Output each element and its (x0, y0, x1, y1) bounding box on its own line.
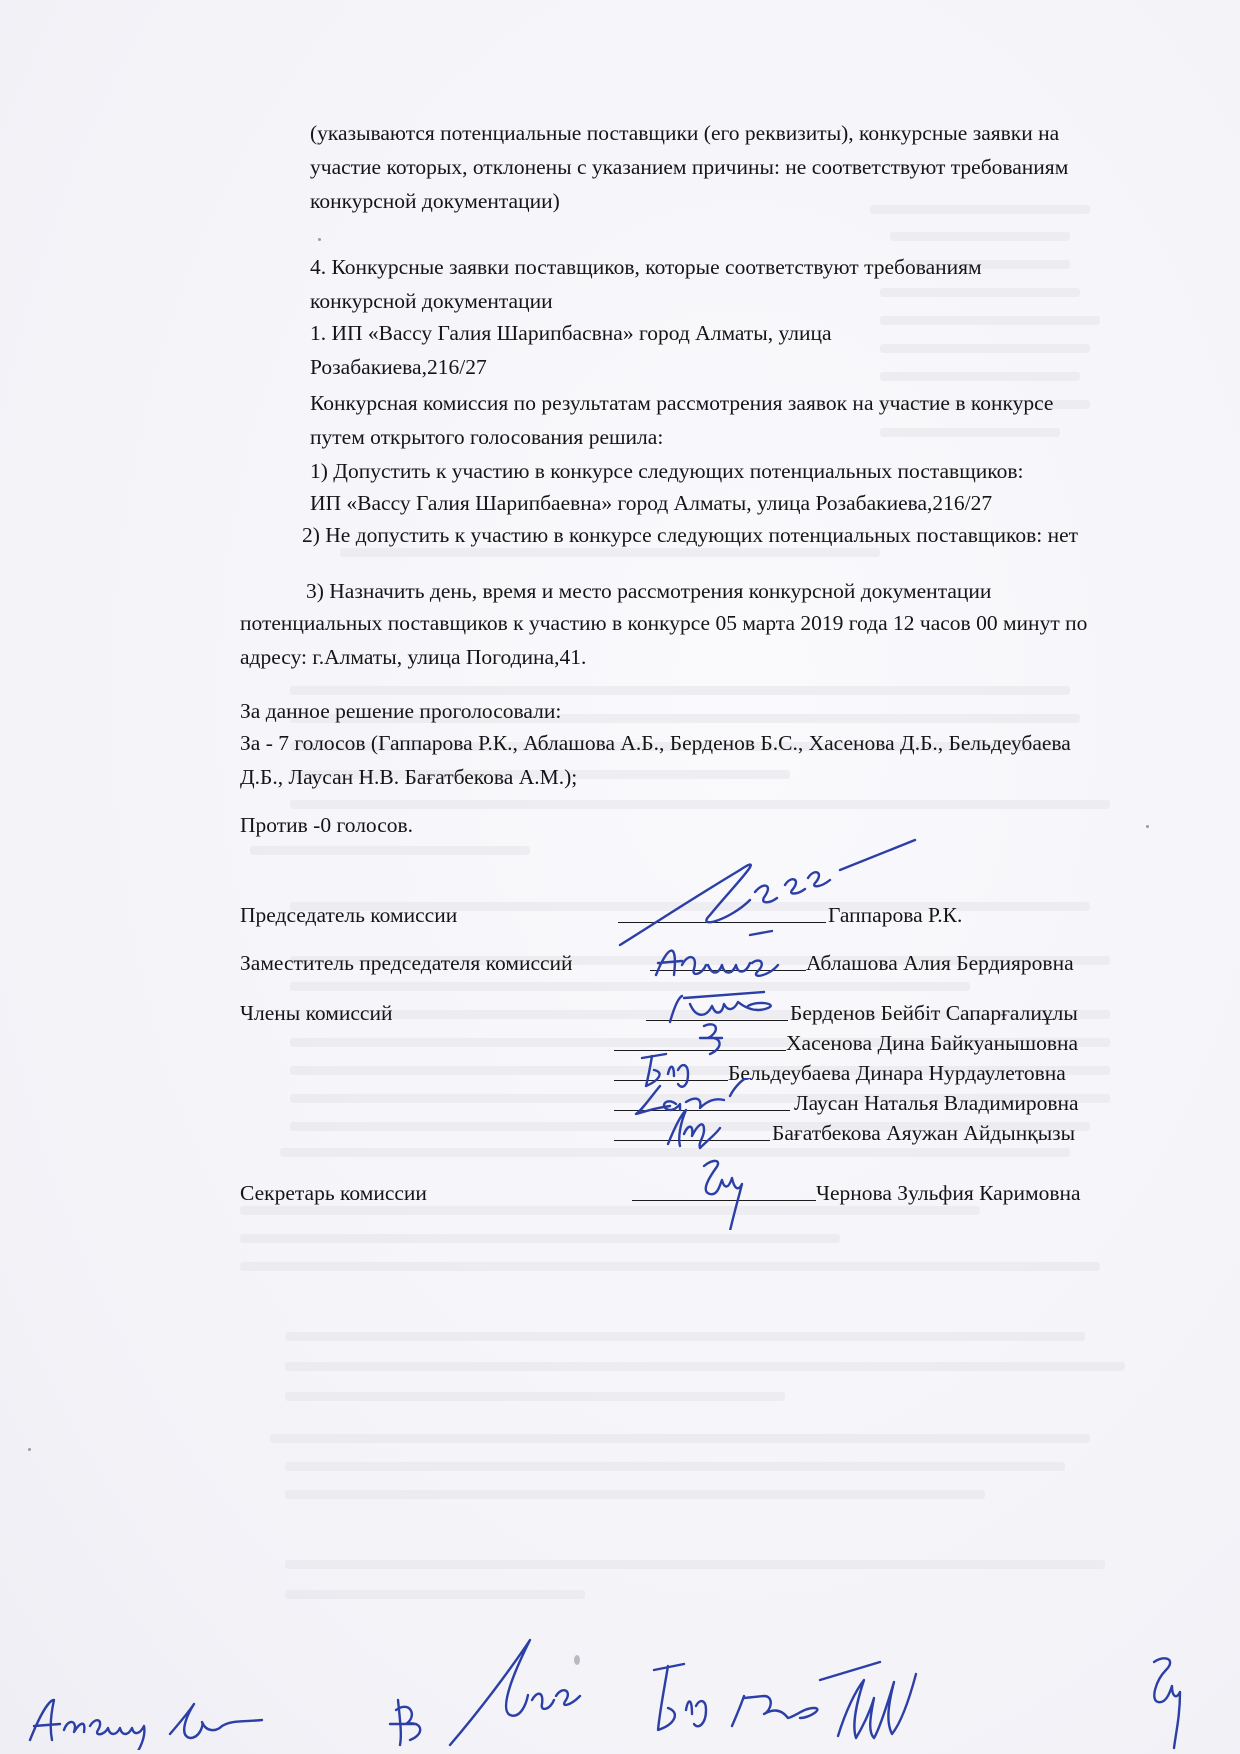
compliant-supplier-address: Розабакиева,216/27 (310, 352, 487, 382)
decision-intro: путем открытого голосования решила: (310, 422, 663, 452)
deputy-name: Аблашова Алия Бердияровна (806, 948, 1074, 978)
decision-point-1-supplier: ИП «Вассу Галия Шарипбаевна» город Алмат… (310, 488, 992, 518)
votes-against: Против -0 голосов. (240, 810, 413, 840)
chair-signature-line (618, 922, 826, 923)
secretary-role: Секретарь комиссии (240, 1178, 427, 1208)
chair-name: Гаппарова Р.К. (828, 900, 962, 930)
scan-artifact (1146, 825, 1149, 828)
initials-signature (650, 1640, 930, 1750)
member-name: Бағатбекова Аяужан Айдынқызы (772, 1118, 1075, 1148)
scan-artifact (318, 238, 321, 241)
decision-point-1: 1) Допустить к участию в конкурсе следую… (310, 456, 1024, 486)
section-4-heading: 4. Конкурсные заявки поставщиков, которы… (310, 252, 982, 282)
rejected-note-line: участие которых, отклонены с указанием п… (310, 152, 1068, 182)
decision-intro: Конкурсная комиссия по результатам рассм… (310, 388, 1053, 418)
initials-signature (20, 1660, 270, 1750)
deputy-role: Заместитель председателя комиссий (240, 948, 573, 978)
secretary-signature-line (632, 1200, 816, 1201)
votes-for: Д.Б., Лаусан Н.В. Бағатбекова А.М.); (240, 762, 577, 792)
section-4-heading: конкурсной документации (310, 286, 553, 316)
secretary-signature (690, 1150, 760, 1230)
decision-point-3: 3) Назначить день, время и место рассмот… (306, 576, 991, 606)
member-name: Лаусан Наталья Владимировна (794, 1088, 1079, 1118)
member-name: Бельдеубаева Динара Нурдаулетовна (728, 1058, 1066, 1088)
member-name: Берденов Бейбіт Сапарғалиұлы (790, 998, 1078, 1028)
scanned-page: (указываются потенциальные поставщики (е… (0, 0, 1240, 1754)
decision-point-3: адресу: г.Алматы, улица Погодина,41. (240, 642, 586, 672)
rejected-note-line: конкурсной документации) (310, 186, 560, 216)
member-signature-line (646, 1020, 788, 1021)
voting-title: За данное решение проголосовали: (240, 696, 561, 726)
member-signature-line (614, 1050, 786, 1051)
member-signature-line (614, 1140, 770, 1141)
scan-artifact (28, 1448, 31, 1451)
member-name: Хасенова Дина Байкуанышовна (786, 1028, 1078, 1058)
initials-signature (360, 1620, 640, 1750)
initials-signature (1140, 1650, 1200, 1750)
chair-signature (600, 830, 920, 950)
votes-for: За - 7 голосов (Гаппарова Р.К., Аблашова… (240, 728, 1071, 758)
compliant-supplier-item: 1. ИП «Вассу Галия Шарипбасвна» город Ал… (310, 318, 832, 348)
member-signature-line (614, 1110, 790, 1111)
decision-point-3: потенциальных поставщиков к участию в ко… (240, 608, 1087, 638)
decision-point-2: 2) Не допустить к участию в конкурсе сле… (302, 520, 1078, 550)
scan-artifact (574, 1655, 580, 1665)
rejected-note-line: (указываются потенциальные поставщики (е… (310, 118, 1059, 148)
secretary-name: Чернова Зульфия Каримовна (816, 1178, 1081, 1208)
chair-role: Председатель комиссии (240, 900, 457, 930)
member-signature-line (614, 1080, 728, 1081)
members-role: Члены комиссий (240, 998, 392, 1028)
deputy-signature-line (650, 970, 806, 971)
